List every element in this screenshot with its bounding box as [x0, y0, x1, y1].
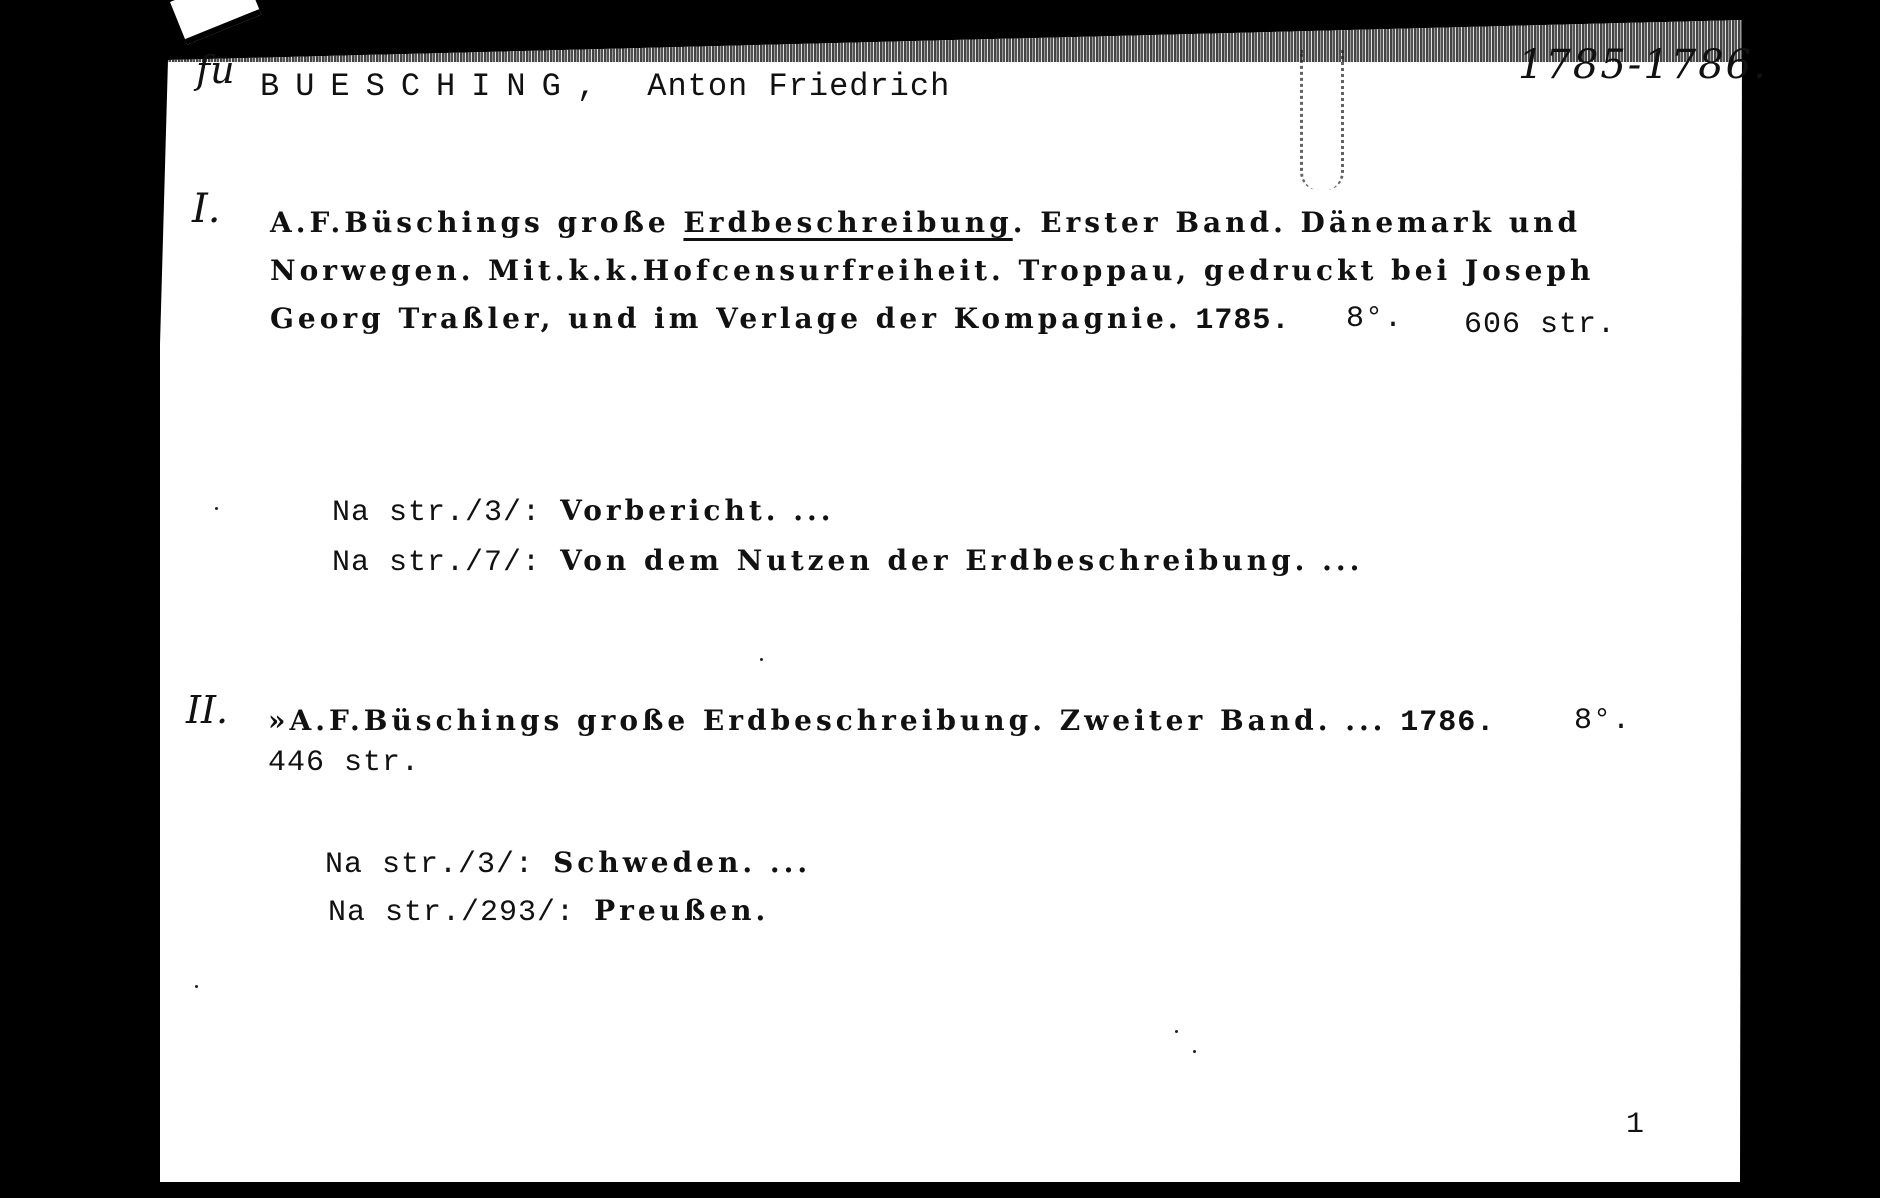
speck: [195, 985, 198, 988]
page-count: 446 str.: [268, 746, 420, 780]
contents-item: Na str./3/: Schweden. ...: [325, 846, 811, 882]
card-page-number: 1: [1626, 1108, 1645, 1142]
contents-title: Preußen.: [594, 894, 769, 927]
catalog-card: [160, 0, 1742, 1182]
book-format: 8°.: [1574, 704, 1631, 738]
speck: [760, 658, 763, 661]
speck: [215, 507, 218, 510]
publisher-text: Georg Traßler, und im Verlage der Kompag…: [270, 302, 1195, 335]
contents-page-ref: Na str./3/:: [332, 496, 541, 530]
contents-page-ref: Na str./293/:: [328, 896, 575, 930]
speck: [1193, 1050, 1196, 1053]
author-given-names: Anton Friedrich: [647, 68, 950, 105]
author-surname: BUESCHING: [260, 68, 577, 105]
entry-line: »A.F.Büschings große Erdbeschreibung. Zw…: [268, 704, 1495, 740]
contents-title: Von dem Nutzen der Erdbeschreibung. ...: [560, 544, 1363, 577]
contents-item: Na str./7/: Von dem Nutzen der Erdbeschr…: [332, 544, 1363, 580]
entry-title-underlined: Erdbeschreibung: [683, 206, 1012, 239]
scan-noise-band: [160, 0, 1742, 62]
contents-title: Vorbericht. ...: [560, 494, 834, 527]
entry-title-part: A.F.Büschings große: [270, 206, 683, 239]
contents-item: Na str./3/: Vorbericht. ...: [332, 494, 835, 530]
entry-roman-numeral: I.: [192, 186, 221, 232]
publication-year: 1785.: [1195, 304, 1290, 338]
page-count: 606 str.: [1464, 308, 1616, 342]
contents-page-ref: Na str./3/:: [325, 848, 534, 882]
author-heading: BUESCHING, Anton Friedrich: [260, 68, 950, 105]
entry-line: Norwegen. Mit.k.k.Hofcensurfreiheit. Tro…: [270, 254, 1594, 287]
entry-line: Georg Traßler, und im Verlage der Kompag…: [270, 302, 1290, 338]
entry-line: A.F.Büschings große Erdbeschreibung. Ers…: [270, 206, 1581, 239]
corner-handwritten-mark: fu: [196, 48, 235, 92]
folded-corner: [170, 0, 261, 45]
entry-roman-numeral: II.: [186, 688, 228, 732]
date-range-handwritten: 1785-1786.: [1518, 42, 1768, 88]
entry-title-part: . Erster Band. Dänemark und: [1013, 206, 1581, 239]
contents-page-ref: Na str./7/:: [332, 546, 541, 580]
staple-mark: [1300, 50, 1344, 190]
entry-title-part: »A.F.Büschings große Erdbeschreibung. Zw…: [268, 704, 1400, 737]
author-separator: ,: [577, 68, 612, 105]
book-format: 8°.: [1346, 302, 1403, 336]
speck: [1175, 1030, 1178, 1033]
contents-item: Na str./293/: Preußen.: [328, 894, 769, 930]
publication-year: 1786.: [1400, 706, 1495, 740]
contents-title: Schweden. ...: [553, 846, 811, 879]
